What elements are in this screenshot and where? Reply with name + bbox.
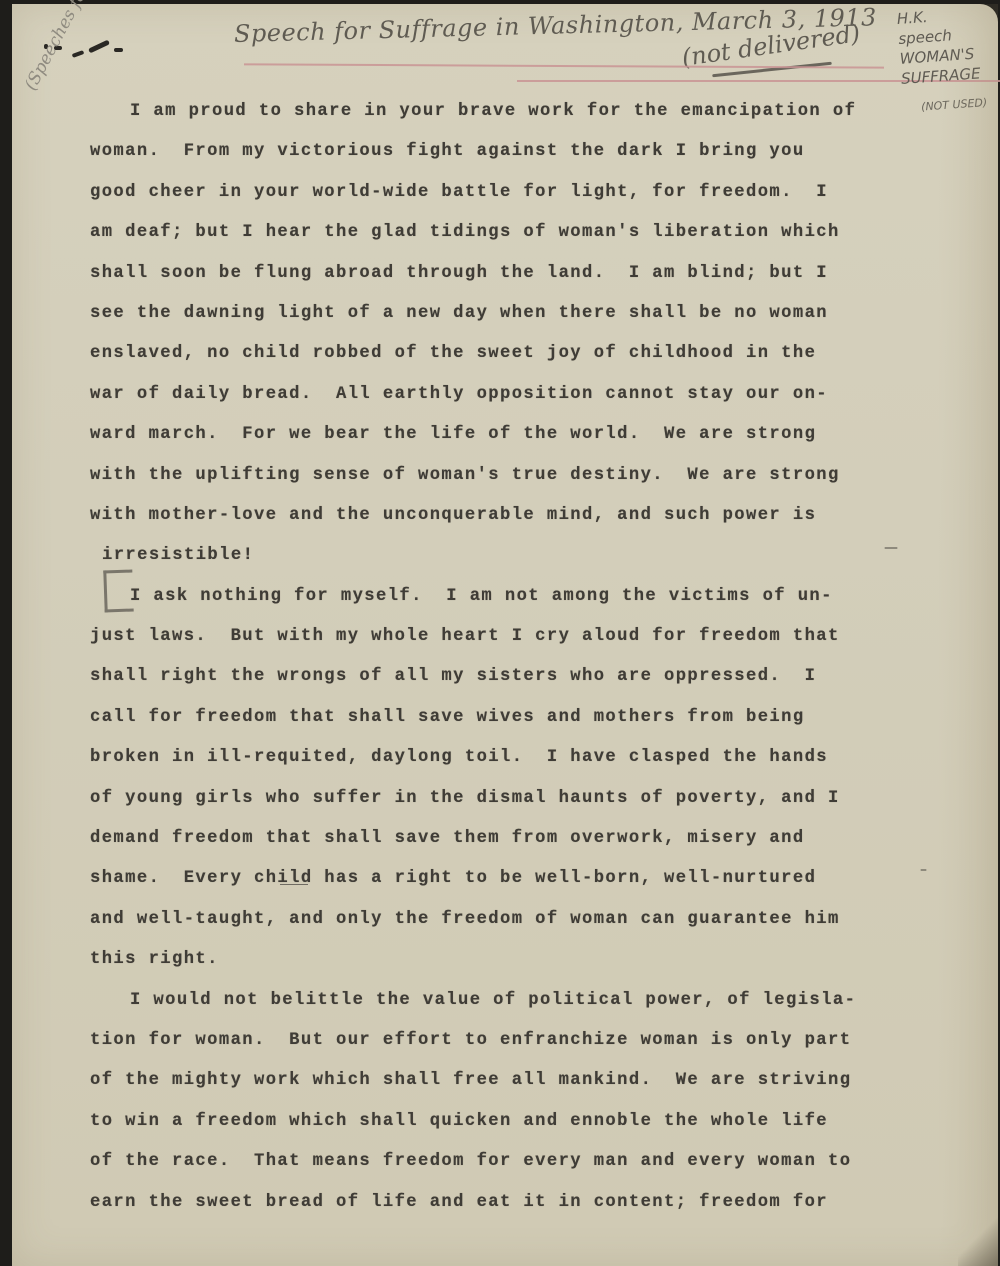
text-line: of young girls who suffer in the dismal … <box>90 779 930 819</box>
text-line: shall right the wrongs of all my sisters… <box>90 657 930 697</box>
page-corner-curl <box>958 1206 998 1266</box>
text-line: shall soon be flung abroad through the l… <box>90 254 930 294</box>
text-line: call for freedom that shall save wives a… <box>90 698 930 738</box>
text-line: just laws. But with my whole heart I cry… <box>90 617 930 657</box>
text-line: broken in ill-requited, daylong toil. I … <box>90 738 930 778</box>
red-underline-title <box>244 63 884 68</box>
paragraph-3: I would not belittle the value of politi… <box>90 981 930 1223</box>
text-line: ward march. For we bear the life of the … <box>90 415 930 455</box>
typed-body: I am proud to share in your brave work f… <box>90 92 930 1223</box>
text-line: and well-taught, and only the freedom of… <box>90 900 930 940</box>
text-line: enslaved, no child robbed of the sweet j… <box>90 334 930 374</box>
text-line: demand freedom that shall save them from… <box>90 819 930 859</box>
text-line: I am proud to share in your brave work f… <box>90 92 930 132</box>
document-page: Speech for Suffrage in Washington, March… <box>12 4 998 1266</box>
text-line: irresistible! <box>90 536 930 576</box>
text-line: war of daily bread. All earthly oppositi… <box>90 375 930 415</box>
text-line: with the uplifting sense of woman's true… <box>90 456 930 496</box>
text-line: with mother-love and the unconquerable m… <box>90 496 930 536</box>
text-line: see the dawning light of a new day when … <box>90 294 930 334</box>
text-line: am deaf; but I hear the glad tidings of … <box>90 213 930 253</box>
text-line: of the mighty work which shall free all … <box>90 1061 930 1101</box>
text-line: tion for woman. But our effort to enfran… <box>90 1021 930 1061</box>
text-line: I would not belittle the value of politi… <box>90 981 930 1021</box>
text-line: woman. From my victorious fight against … <box>90 132 930 172</box>
margin-note-not-used: (NOT USED) <box>921 93 988 118</box>
text-line: earn the sweet bread of life and eat it … <box>90 1183 930 1223</box>
text-line: of the race. That means freedom for ever… <box>90 1142 930 1182</box>
text-line: this right. <box>90 940 930 980</box>
text-line: good cheer in your world-wide battle for… <box>90 173 930 213</box>
text-line: to win a freedom which shall quicken and… <box>90 1102 930 1142</box>
text-line: shame. Every child has a right to be wel… <box>90 859 930 899</box>
text-line: I ask nothing for myself. I am not among… <box>90 577 930 617</box>
paragraph-1: I am proud to share in your brave work f… <box>90 92 930 577</box>
paragraph-2: I ask nothing for myself. I am not among… <box>90 577 930 981</box>
